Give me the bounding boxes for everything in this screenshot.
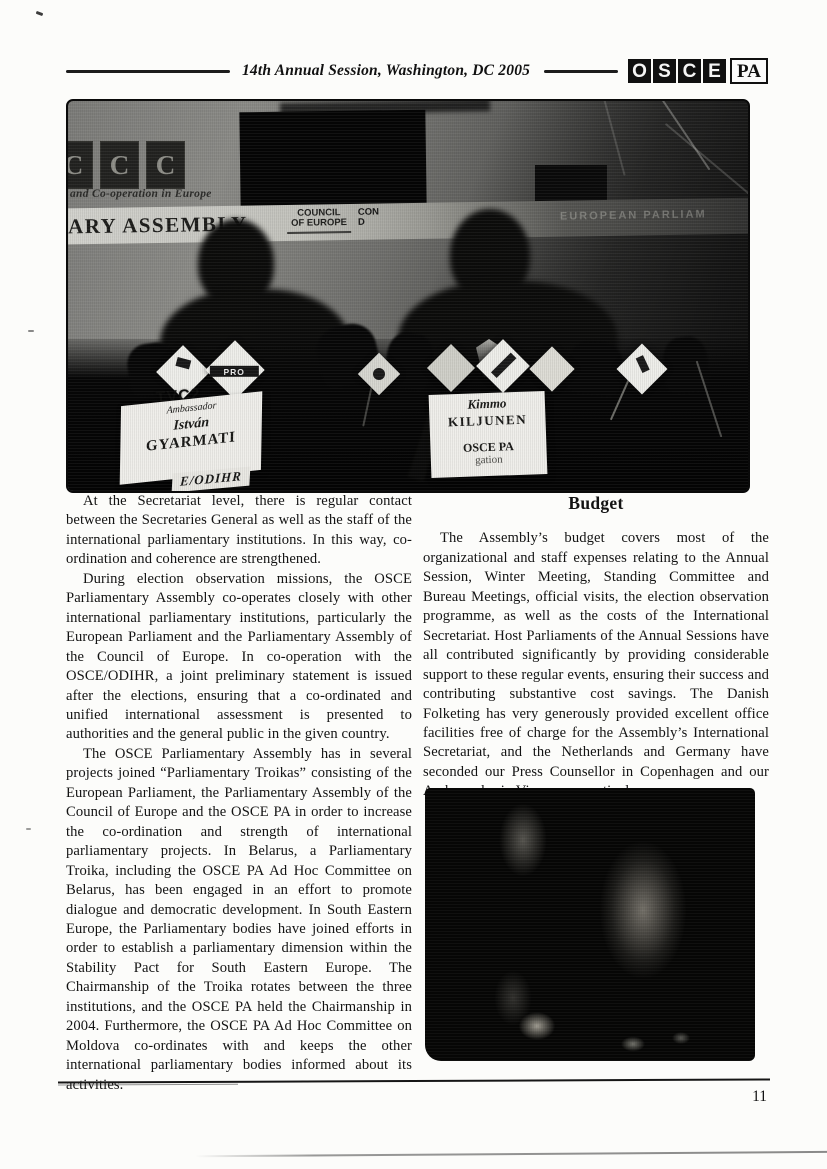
budget-heading: Budget <box>423 494 769 513</box>
nameplate-last-name: KILJUNEN <box>429 411 546 432</box>
header-rule-left <box>66 70 230 73</box>
logo-pa-box: PA <box>730 58 768 84</box>
scan-edge-artifact <box>195 1151 827 1158</box>
backdrop-logo-letter: C <box>146 141 185 189</box>
article-right-column: Budget The Assembly’s budget covers most… <box>423 492 769 802</box>
backdrop-european-parliament-text: EUROPEAN PARLIAM <box>560 208 707 222</box>
header-rule-right <box>544 70 618 73</box>
backdrop-logo-letter: C <box>66 141 93 189</box>
press-conference-photo: C C C and Co-operation in Europe ARY ASS… <box>66 99 750 493</box>
backdrop-council-of-europe-text: COUNCIL OF EUROPE <box>287 208 351 234</box>
paragraph-election-observation: During election observation missions, th… <box>66 570 412 745</box>
council-line2: OF EUROPE <box>291 217 347 229</box>
logo-letter-o: O <box>628 59 651 83</box>
logo-letter-c: C <box>678 59 701 83</box>
projection-screen-large <box>239 110 426 209</box>
backdrop-logo-blocks: C C C <box>66 141 185 189</box>
scanned-document-page: 14th Annual Session, Washington, DC 2005… <box>0 0 827 1169</box>
article-left-column: At the Secretariat level, there is regul… <box>66 492 412 1095</box>
conseil-line1: CON <box>358 207 379 218</box>
speaker-portrait-photo <box>425 788 755 1061</box>
scan-speck <box>28 330 34 332</box>
scan-speck <box>26 828 31 830</box>
mic-flag-pro-label: PRO <box>210 365 259 376</box>
paragraph-budget: The Assembly’s budget covers most of the… <box>423 529 769 801</box>
nameplate-partial-text: gation <box>431 452 547 469</box>
paragraph-secretariat: At the Secretariat level, there is regul… <box>66 492 412 570</box>
logo-letter-e: E <box>703 59 726 83</box>
page-title: 14th Annual Session, Washington, DC 2005 <box>242 62 530 80</box>
backdrop-logo-letter: C <box>100 141 139 189</box>
backdrop-cooperation-text: and Co-operation in Europe <box>70 188 212 200</box>
paragraph-troikas: The OSCE Parliamentary Assembly has in s… <box>66 745 412 1095</box>
osce-pa-logo: O S C E PA <box>628 58 768 84</box>
page-header: 14th Annual Session, Washington, DC 2005… <box>66 55 768 87</box>
conseil-line2: D <box>358 217 365 228</box>
scan-speck <box>36 11 44 16</box>
backdrop-conseil-partial-text: CON D <box>358 207 398 229</box>
logo-letter-s: S <box>653 59 676 83</box>
nameplate-kiljunen: Kimmo KILJUNEN OSCE PA gation <box>429 391 548 478</box>
page-number: 11 <box>752 1088 767 1106</box>
